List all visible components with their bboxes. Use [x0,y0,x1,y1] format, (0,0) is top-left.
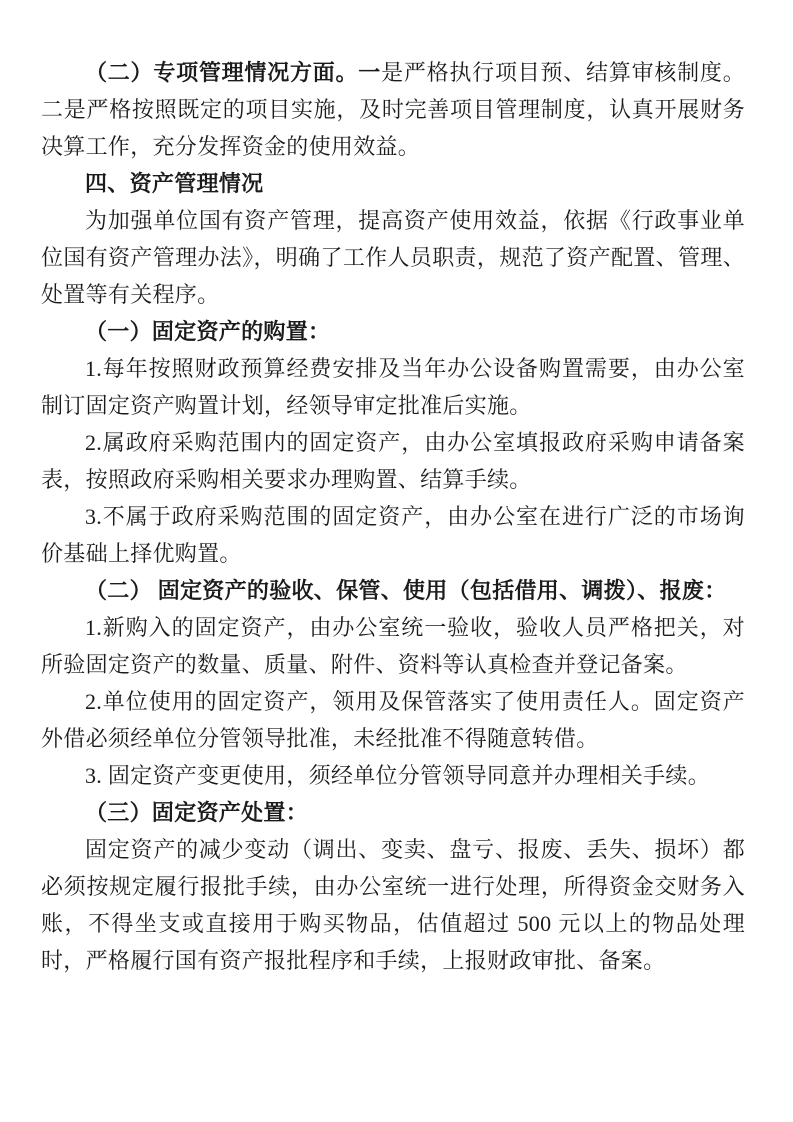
paragraph: 为加强单位国有资产管理，提高资产使用效益，依据《行政事业单位国有资产管理办法》，… [41,202,745,313]
document-page: （二）专项管理情况方面。一是严格执行项目预、结算审核制度。二是严格按照既定的项目… [0,0,793,1122]
paragraph: （二）专项管理情况方面。一是严格执行项目预、结算审核制度。二是严格按照既定的项目… [41,54,745,165]
page-body: （二）专项管理情况方面。一是严格执行项目预、结算审核制度。二是严格按照既定的项目… [41,54,745,979]
bold-text: 四、资产管理情况 [85,171,263,196]
paragraph: 2.属政府采购范围内的固定资产，由办公室填报政府采购申请备案表，按照政府采购相关… [41,424,745,498]
body-text: 3.不属于政府采购范围的固定资产，由办公室在进行广泛的市场询价基础上择优购置。 [41,504,745,566]
body-text: 为加强单位国有资产管理，提高资产使用效益，依据《行政事业单位国有资产管理办法》，… [41,208,745,307]
paragraph: 3.不属于政府采购范围的固定资产，由办公室在进行广泛的市场询价基础上择优购置。 [41,498,745,572]
bold-text: （二）专项管理情况方面。一 [85,60,381,85]
body-text: 2.属政府采购范围内的固定资产，由办公室填报政府采购申请备案表，按照政府采购相关… [41,430,745,492]
paragraph: 3. 固定资产变更使用，须经单位分管领导同意并办理相关手续。 [41,757,745,794]
body-text: 3. 固定资产变更使用，须经单位分管领导同意并办理相关手续。 [85,763,710,788]
paragraph: 1.每年按照财政预算经费安排及当年办公设备购置需要，由办公室制订固定资产购置计划… [41,350,745,424]
body-text: 2.单位使用的固定资产，领用及保管落实了使用责任人。固定资产外借必须经单位分管领… [41,689,745,751]
paragraph: 固定资产的减少变动（调出、变卖、盘亏、报废、丢失、损坏）都必须按规定履行报批手续… [41,831,745,979]
body-text: 固定资产的减少变动（调出、变卖、盘亏、报废、丢失、损坏）都必须按规定履行报批手续… [41,837,745,973]
section-heading: （一）固定资产的购置： [41,313,745,350]
section-heading: （三）固定资产处置： [41,794,745,831]
section-heading: （二） 固定资产的验收、保管、使用（包括借用、调拨）、报废： [41,572,745,609]
body-text: 1.新购入的固定资产，由办公室统一验收，验收人员严格把关，对所验固定资产的数量、… [41,615,745,677]
body-text: 1.每年按照财政预算经费安排及当年办公设备购置需要，由办公室制订固定资产购置计划… [41,356,745,418]
bold-text: （二） 固定资产的验收、保管、使用（包括借用、调拨）、报废： [85,578,727,603]
section-heading: 四、资产管理情况 [41,165,745,202]
paragraph: 1.新购入的固定资产，由办公室统一验收，验收人员严格把关，对所验固定资产的数量、… [41,609,745,683]
bold-text: （一）固定资产的购置： [85,319,330,344]
paragraph: 2.单位使用的固定资产，领用及保管落实了使用责任人。固定资产外借必须经单位分管领… [41,683,745,757]
bold-text: （三）固定资产处置： [85,800,308,825]
